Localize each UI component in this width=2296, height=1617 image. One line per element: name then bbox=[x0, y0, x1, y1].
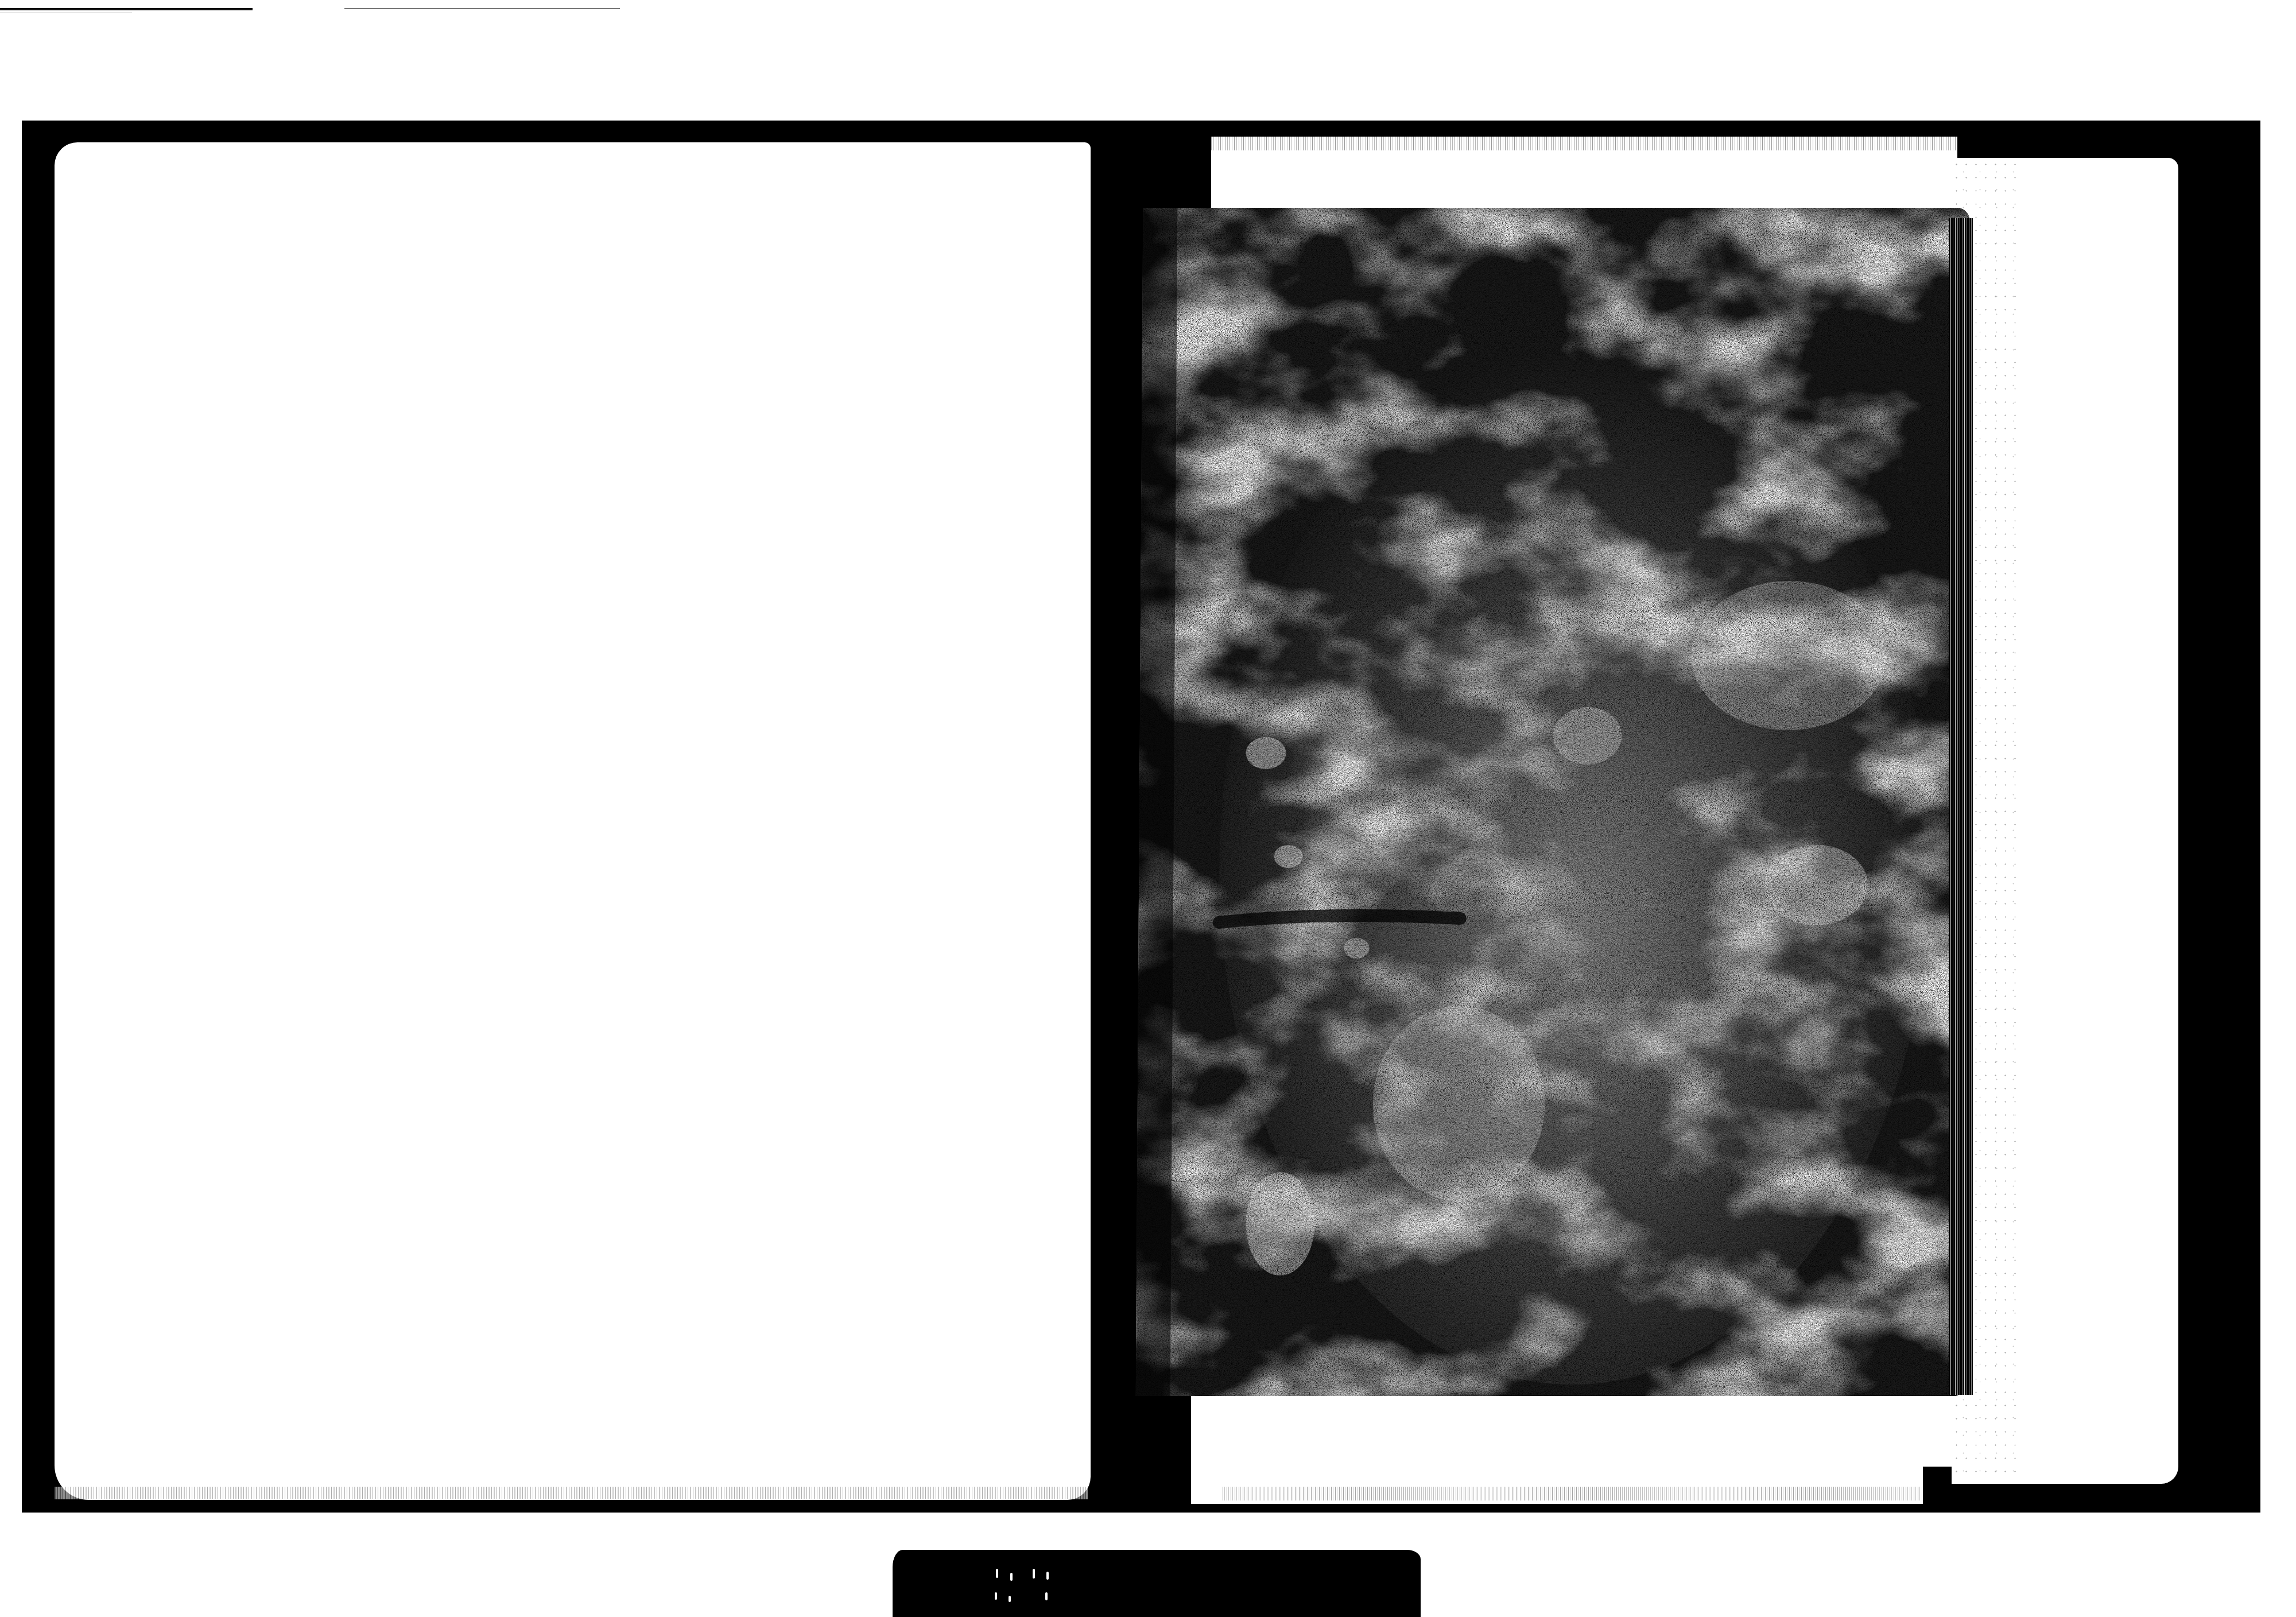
film-strip-tab bbox=[893, 1550, 1421, 1617]
page-stack-edge bbox=[1949, 218, 1973, 1395]
film-mark bbox=[995, 1592, 997, 1600]
left-blank-page bbox=[55, 142, 1091, 1500]
marbled-cover bbox=[1136, 208, 1970, 1396]
under-sheet-top-edge bbox=[1211, 137, 1957, 150]
film-mark bbox=[1033, 1569, 1035, 1579]
under-sheet-bottom bbox=[1191, 1381, 1952, 1504]
film-mark bbox=[996, 1569, 998, 1578]
film-mark bbox=[1009, 1596, 1011, 1602]
marble-texture bbox=[1136, 208, 1970, 1396]
scan-header-rule bbox=[0, 13, 132, 13]
film-mark bbox=[1046, 1572, 1049, 1580]
film-mark bbox=[1045, 1592, 1048, 1600]
film-mark bbox=[1010, 1573, 1013, 1581]
scan-header-rule bbox=[344, 8, 620, 9]
left-page-bottom-edge bbox=[55, 1487, 1088, 1499]
scan-header-rule bbox=[0, 8, 253, 10]
under-sheet-bottom-edge bbox=[1223, 1487, 1946, 1500]
